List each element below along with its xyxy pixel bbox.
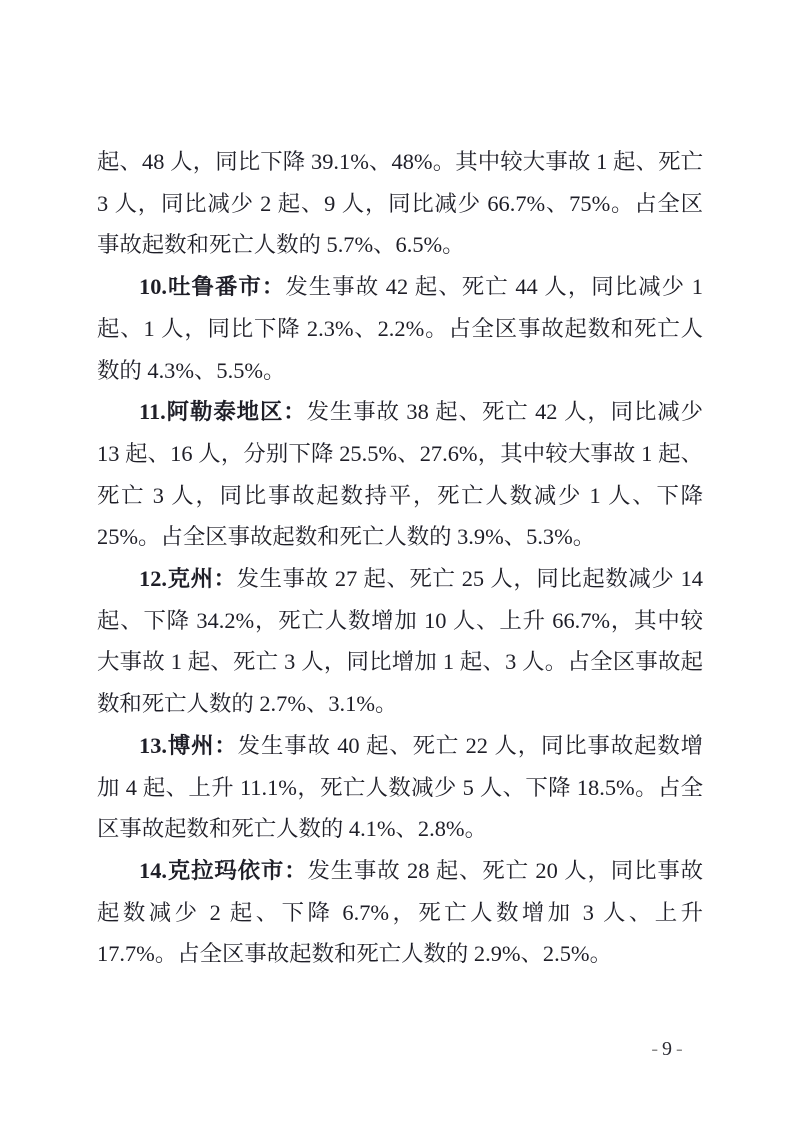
paragraph-label: 10.吐鲁番市： (139, 274, 285, 299)
paragraph-label: 11.阿勒泰地区： (139, 399, 307, 424)
page-number-dash-left: - (647, 1038, 662, 1060)
paragraph: 11.阿勒泰地区：发生事故 38 起、死亡 42 人，同比减少 13 起、16 … (97, 391, 703, 558)
paragraph: 起、48 人，同比下降 39.1%、48%。其中较大事故 1 起、死亡 3 人，… (97, 141, 703, 266)
paragraph: 14.克拉玛依市：发生事故 28 起、死亡 20 人，同比事故起数减少 2 起、… (97, 850, 703, 975)
page-number: -9- (641, 1038, 693, 1060)
paragraph: 10.吐鲁番市：发生事故 42 起、死亡 44 人，同比减少 1 起、1 人，同… (97, 266, 703, 391)
paragraph-text: 起、48 人，同比下降 39.1%、48%。其中较大事故 1 起、死亡 3 人，… (97, 149, 703, 257)
body-text: 起、48 人，同比下降 39.1%、48%。其中较大事故 1 起、死亡 3 人，… (97, 141, 703, 975)
page-number-dash-right: - (672, 1038, 687, 1060)
paragraph-label: 12.克州： (139, 566, 237, 591)
paragraph-label: 13.博州： (139, 733, 238, 758)
paragraph-label: 14.克拉玛依市： (139, 858, 307, 883)
document-page: 起、48 人，同比下降 39.1%、48%。其中较大事故 1 起、死亡 3 人，… (0, 0, 793, 1121)
paragraph: 12.克州：发生事故 27 起、死亡 25 人，同比起数减少 14 起、下降 3… (97, 558, 703, 725)
page-number-value: 9 (662, 1038, 672, 1060)
paragraph: 13.博州：发生事故 40 起、死亡 22 人，同比事故起数增加 4 起、上升 … (97, 725, 703, 850)
